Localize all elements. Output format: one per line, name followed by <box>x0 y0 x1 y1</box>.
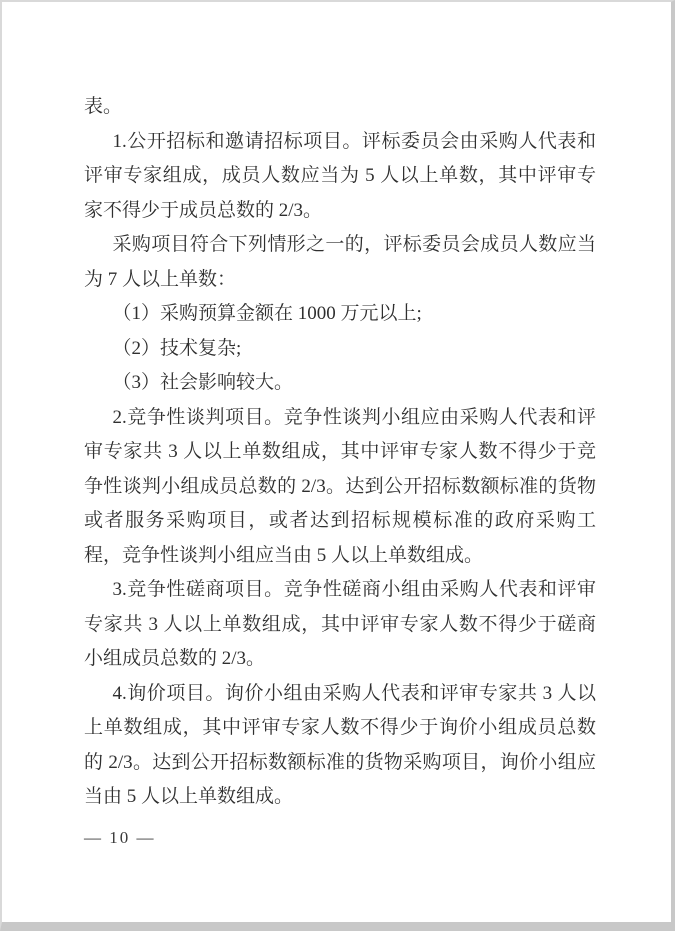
paragraph-continuation: 表。 <box>84 90 596 125</box>
list-item-3-social-impact: （3）社会影响较大。 <box>84 366 596 401</box>
paragraph-5-inquiry-project: 4.询价项目。询价小组由采购人代表和评审专家共 3 人以上单数组成，其中评审专家… <box>84 677 596 815</box>
list-item-2-technical-complexity: （2）技术复杂; <box>84 332 596 367</box>
paragraph-2-committee-size-conditions: 采购项目符合下列情形之一的，评标委员会成员人数应当为 7 人以上单数： <box>84 228 596 297</box>
paragraph-4-competitive-consultation: 3.竞争性磋商项目。竞争性磋商小组由采购人代表和评审专家共 3 人以上单数组成，… <box>84 573 596 677</box>
list-item-1-budget-over-1000w: （1）采购预算金额在 1000 万元以上; <box>84 297 596 332</box>
paragraph-3-competitive-negotiation: 2.竞争性谈判项目。竞争性谈判小组应由采购人代表和评审专家共 3 人以上单数组成… <box>84 401 596 574</box>
document-page: 表。 1.公开招标和邀请招标项目。评标委员会由采购人代表和评审专家组成，成员人数… <box>0 0 675 931</box>
document-body: 表。 1.公开招标和邀请招标项目。评标委员会由采购人代表和评审专家组成，成员人数… <box>84 90 596 815</box>
page-number: — 10 — <box>84 828 156 848</box>
paragraph-1-open-tender: 1.公开招标和邀请招标项目。评标委员会由采购人代表和评审专家组成，成员人数应当为… <box>84 125 596 229</box>
